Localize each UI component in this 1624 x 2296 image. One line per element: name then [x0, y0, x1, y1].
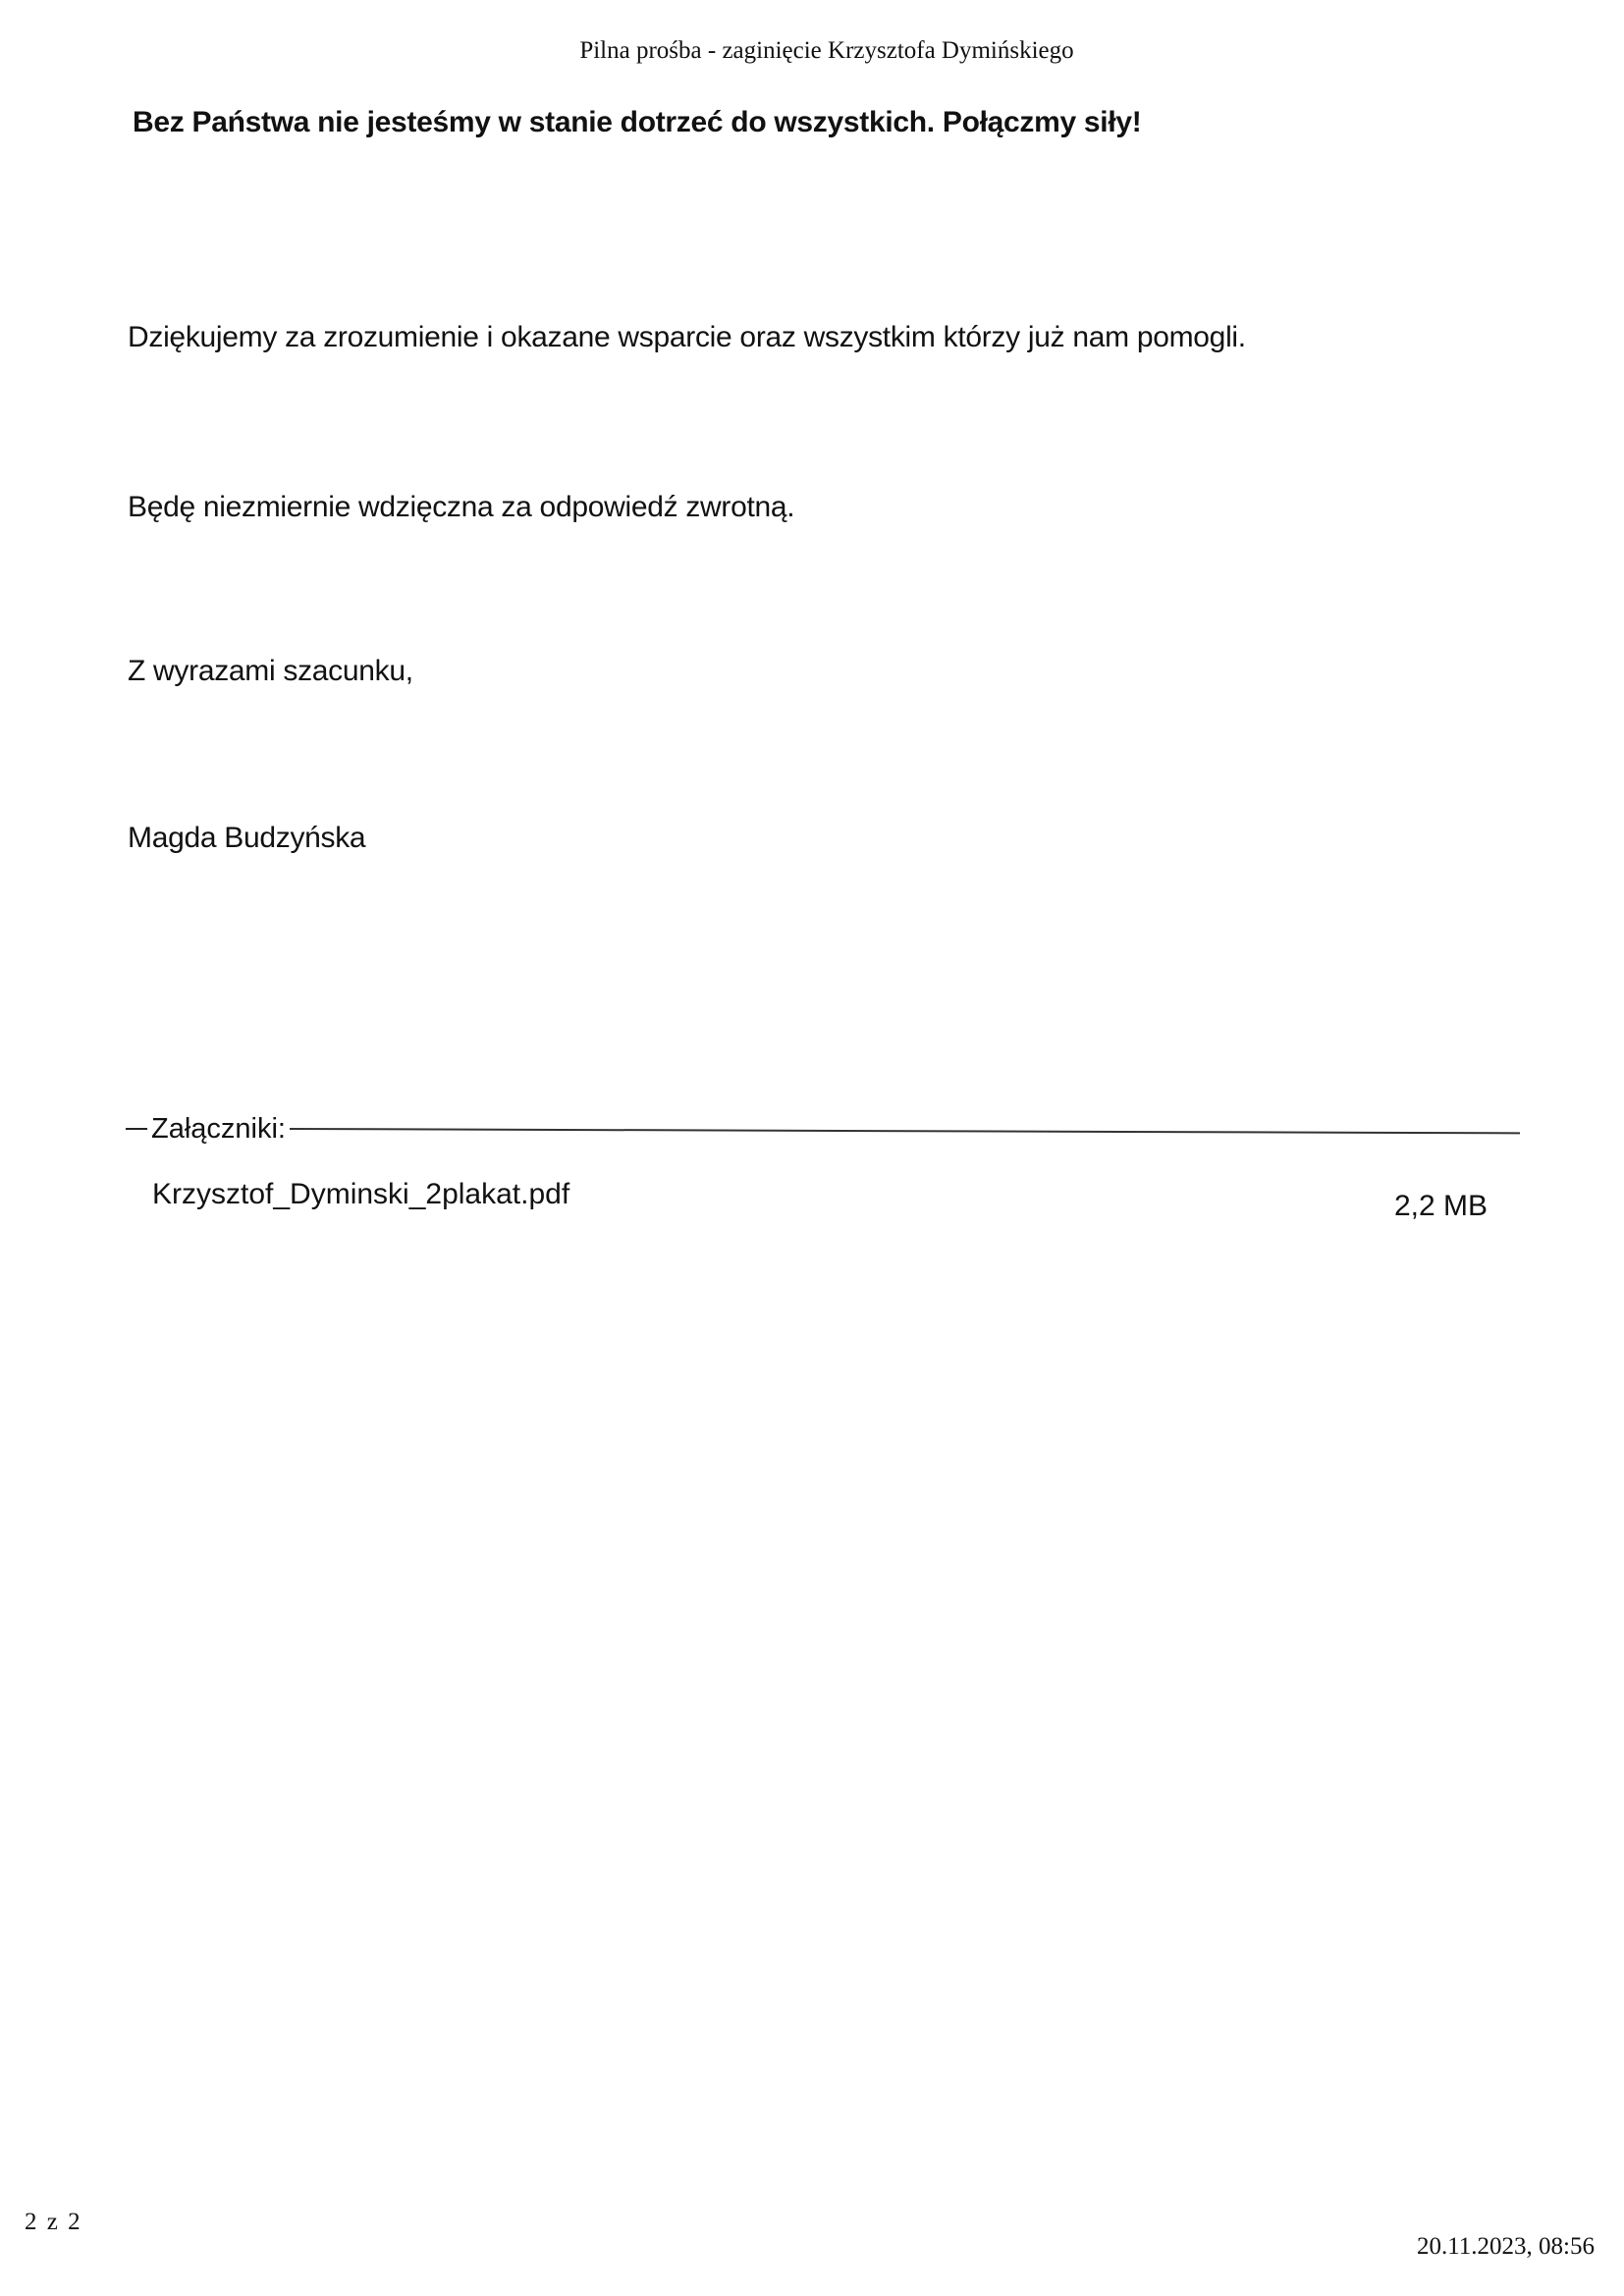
closing-salutation: Z wyrazami szacunku, [128, 655, 413, 688]
page-indicator: 2 z 2 [25, 2209, 82, 2236]
request-reply-paragraph: Będę niezmiernie wdzięczna za odpowiedź … [128, 491, 794, 524]
attachment-item[interactable]: Krzysztof_Dyminski_2plakat.pdf 2,2 MB [152, 1178, 1488, 1222]
appeal-paragraph: Bez Państwa nie jesteśmy w stanie dotrze… [133, 106, 1141, 139]
print-datetime: 20.11.2023, 08:56 [1417, 2233, 1595, 2261]
attachments-divider-left [126, 1128, 147, 1130]
thanks-paragraph: Dziękujemy za zrozumienie i okazane wspa… [128, 321, 1246, 354]
signature-name: Magda Budzyńska [128, 822, 365, 855]
attachments-divider-right [290, 1128, 1520, 1134]
attachment-filename[interactable]: Krzysztof_Dyminski_2plakat.pdf [152, 1178, 569, 1211]
attachments-label: Załączniki: [151, 1113, 286, 1146]
email-subject-header: Pilna prośba - zaginięcie Krzysztofa Dym… [0, 37, 1624, 65]
attachment-size: 2,2 MB [1394, 1190, 1488, 1223]
attachments-section-header: Załączniki: [126, 1109, 1520, 1148]
document-page: Pilna prośba - zaginięcie Krzysztofa Dym… [0, 0, 1624, 2296]
